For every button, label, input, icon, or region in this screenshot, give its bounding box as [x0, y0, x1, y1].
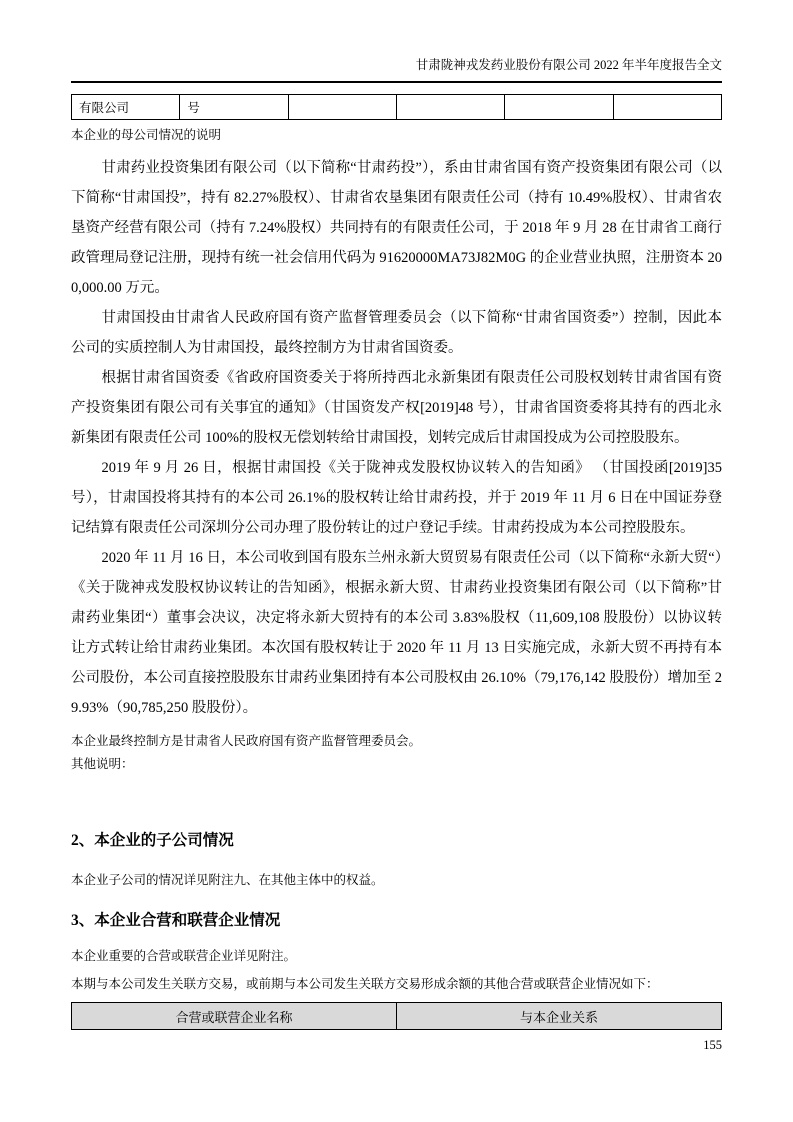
section-title-subsidiaries: 2、本企业的子公司情况	[71, 830, 722, 851]
paragraph-equity-transfer-2020: 2020 年 11 月 16 日，本公司收到国有股东兰州永新大贸贸易有限责任公司…	[71, 543, 722, 723]
joint-ventures-note-line: 本企业重要的合营或联营企业详见附注。	[71, 948, 722, 965]
report-page: 甘肃陇神戎发药业股份有限公司 2022 年半年度报告全文 有限公司 号 本企业的…	[0, 0, 793, 1122]
related-party-intro-line: 本期与本公司发生关联方交易，或前期与本公司发生关联方交易形成余额的其他合营或联营…	[71, 976, 722, 993]
continued-table-cell-4	[396, 95, 504, 120]
continued-table-cell-6	[613, 95, 721, 120]
page-number: 155	[703, 1038, 722, 1053]
paragraph-equity-transfer-2019: 2019 年 9 月 26 日，根据甘肃国投《关于陇神戎发股权协议转入的告知函》…	[71, 453, 722, 543]
section-title-joint-ventures: 3、本企业合营和联营企业情况	[71, 910, 722, 931]
continued-table: 有限公司 号	[71, 94, 722, 120]
small-notes: 本企业最终控制方是甘肃省人民政府国有资产监督管理委员会。 其他说明：	[71, 730, 722, 776]
page-content: 甘肃陇神戎发药业股份有限公司 2022 年半年度报告全文 有限公司 号 本企业的…	[71, 0, 722, 1030]
ultimate-controller-note: 本企业最终控制方是甘肃省人民政府国有资产监督管理委员会。	[71, 730, 722, 753]
joint-ventures-table: 合营或联营企业名称 与本企业关系	[71, 1002, 722, 1030]
body-paragraphs: 甘肃药业投资集团有限公司（以下简称“甘肃药投”），系由甘肃省国有资产投资集团有限…	[71, 153, 722, 723]
table-header-row: 合营或联营企业名称 与本企业关系	[72, 1003, 722, 1030]
paragraph-equity-transfer-2019-notice: 根据甘肃省国资委《省政府国资委关于将所持西北永新集团有限责任公司股权划转甘肃省国…	[71, 363, 722, 453]
column-header-relationship: 与本企业关系	[397, 1003, 722, 1030]
report-header-title: 甘肃陇神戎发药业股份有限公司 2022 年半年度报告全文	[71, 57, 722, 83]
table-row: 有限公司 号	[72, 95, 722, 120]
other-note-label: 其他说明：	[71, 753, 722, 776]
paragraph-gansu-pharma-investment: 甘肃药业投资集团有限公司（以下简称“甘肃药投”），系由甘肃省国有资产投资集团有限…	[71, 153, 722, 303]
continued-table-cell-1: 有限公司	[72, 95, 180, 120]
paragraph-gansu-guotou-control: 甘肃国投由甘肃省人民政府国有资产监督管理委员会（以下简称“甘肃省国资委”）控制，…	[71, 303, 722, 363]
continued-table-cell-2: 号	[180, 95, 288, 120]
continued-table-cell-3	[288, 95, 396, 120]
subsidiaries-body-text: 本企业子公司的情况详见附注九、在其他主体中的权益。	[71, 872, 722, 889]
column-header-enterprise-name: 合营或联营企业名称	[72, 1003, 397, 1030]
continued-table-cell-5	[505, 95, 613, 120]
mother-company-note-label: 本企业的母公司情况的说明	[71, 127, 722, 144]
